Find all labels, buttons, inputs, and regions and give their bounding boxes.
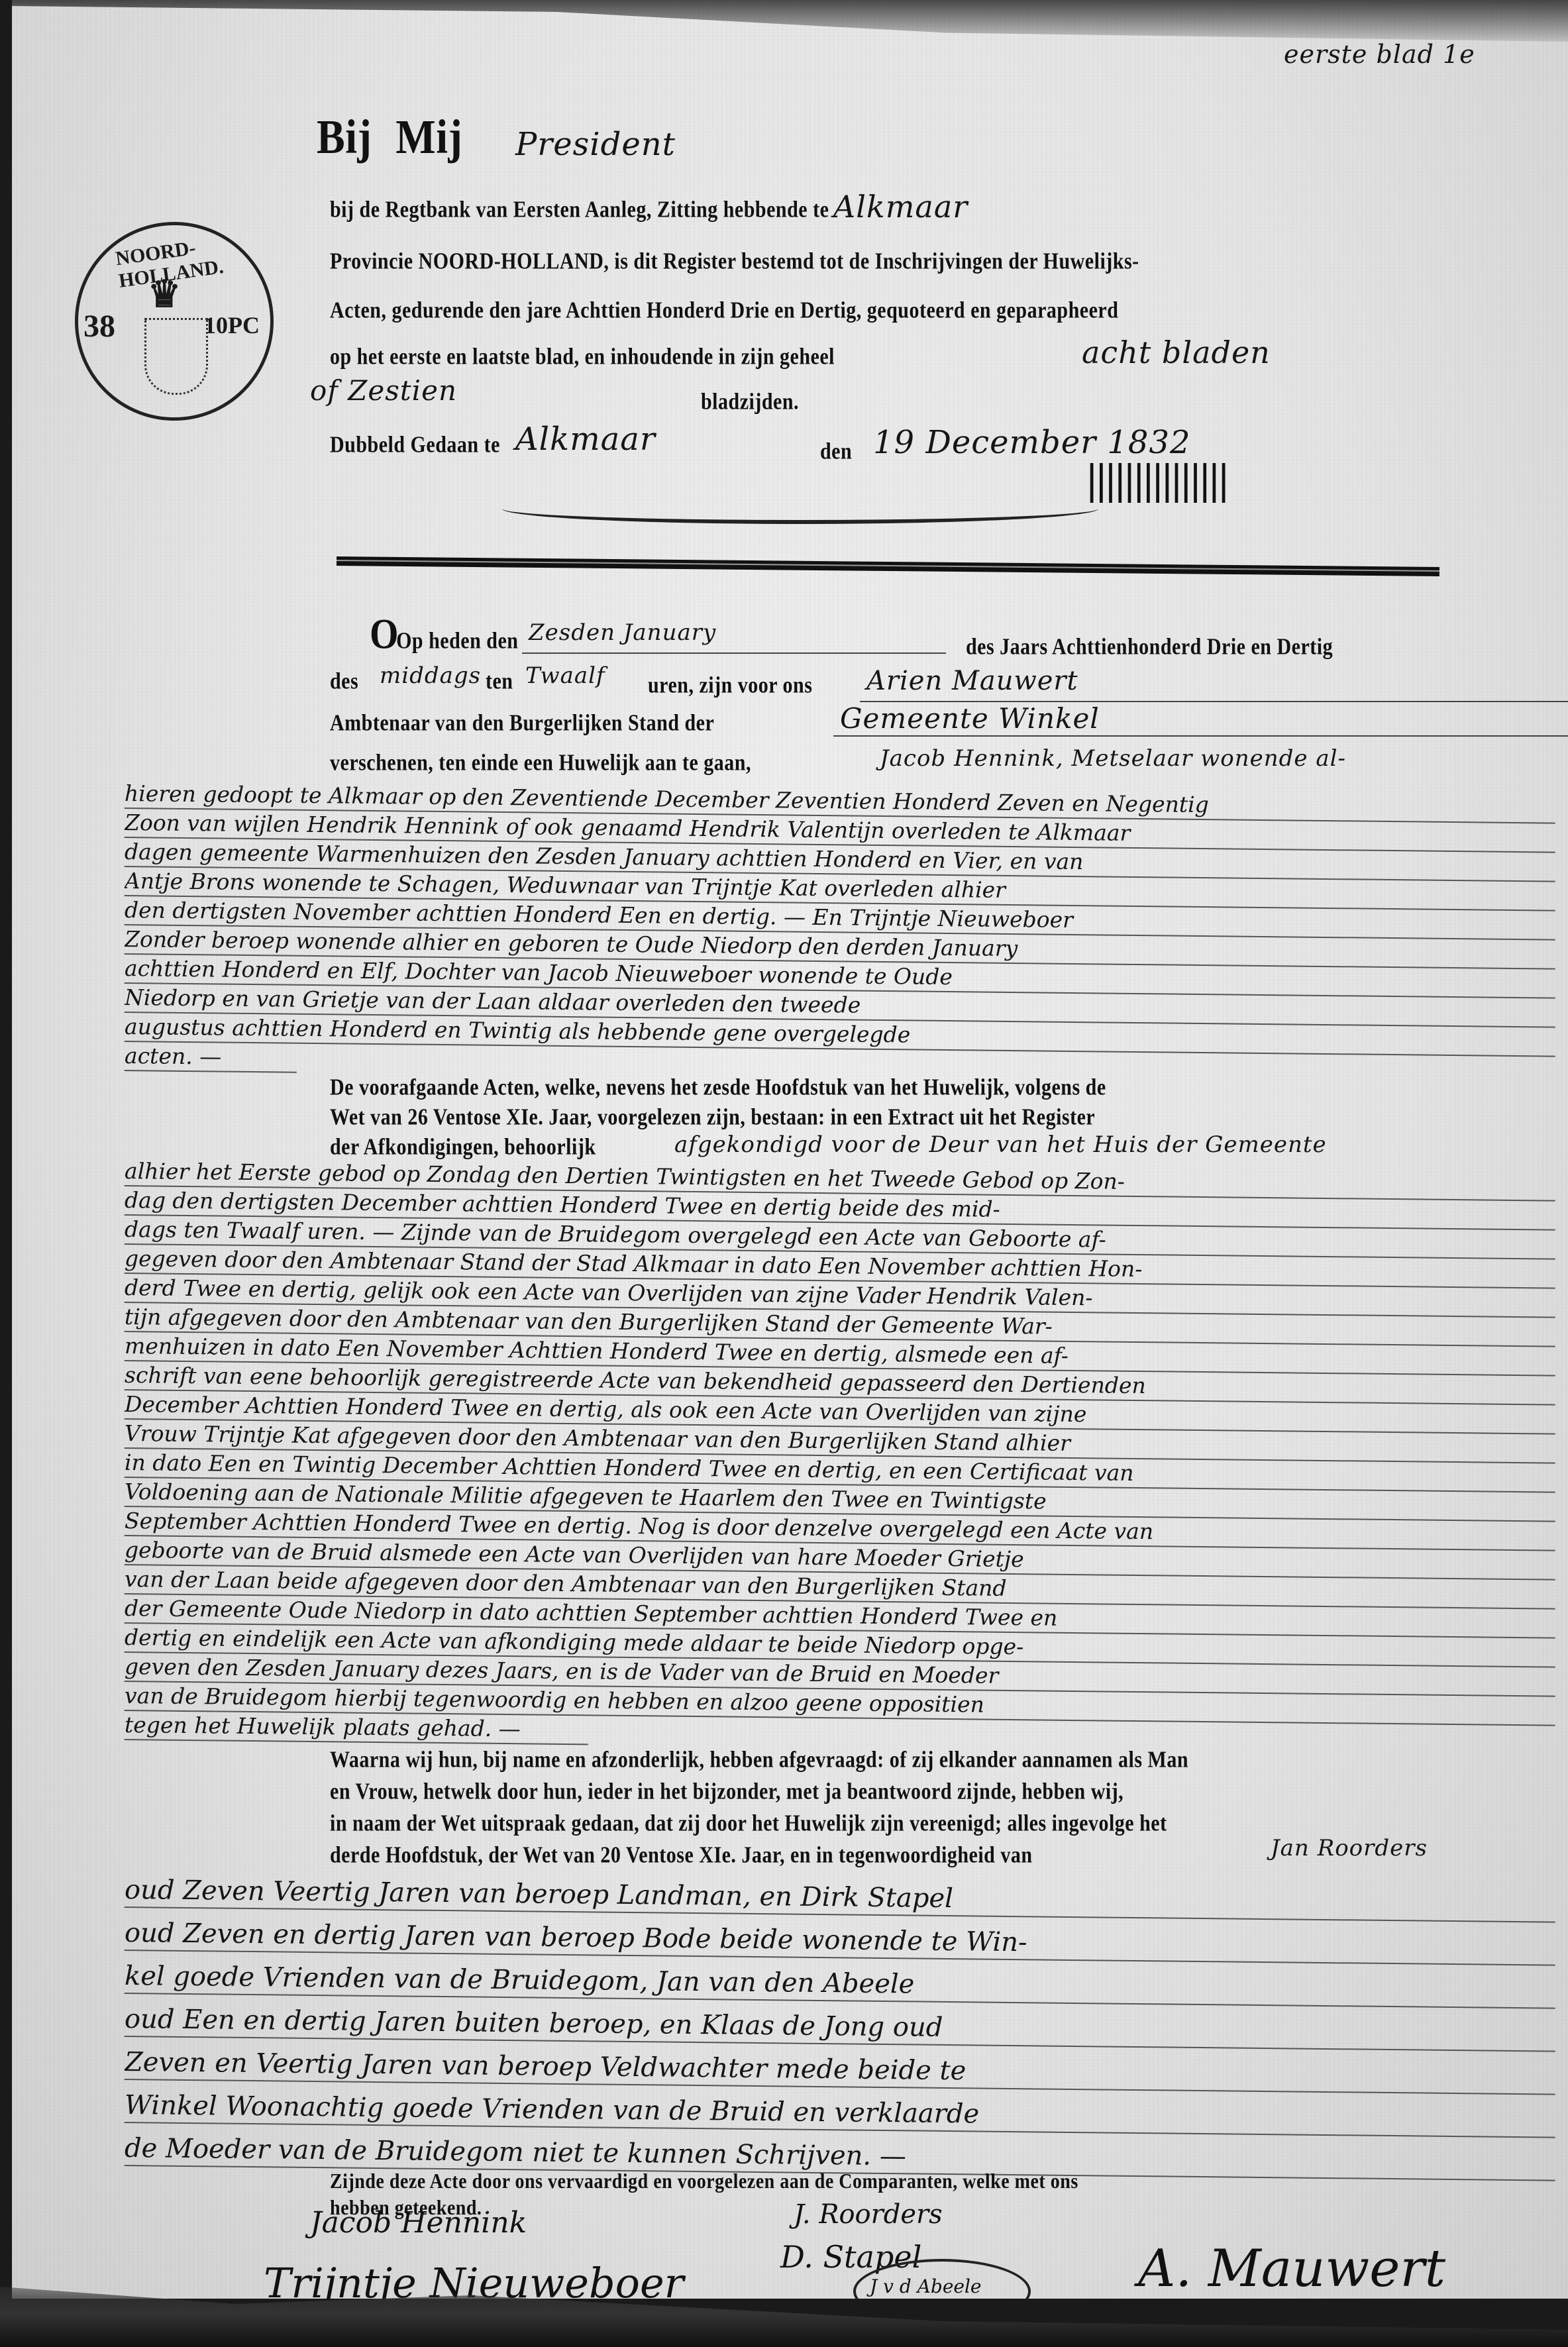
stamp-right-value: 10PC [204, 311, 260, 339]
act-line-2a: des [330, 668, 358, 694]
act-hour: Twaalf [525, 662, 605, 689]
witness-line: kel goede Vrienden van de Bruidegom, Jan… [125, 1961, 1555, 2009]
declaration-line-4: derde Hoofdstuk, der Wet van 20 Ventose … [330, 1842, 1033, 1868]
witness-line: Zeven en Veertig Jaren van beroep Veldwa… [125, 2047, 1555, 2095]
act-line-1a: OOp heden den [370, 613, 518, 656]
header-line-2: Provincie NOORD-HOLLAND, is dit Register… [330, 248, 1139, 274]
fill-line [522, 652, 946, 654]
act-line-2b: ten [486, 668, 513, 694]
stamp-ring-text: NOORD-HOLLAND. [114, 227, 272, 293]
witness-line: Winkel Woonachtig goede Vrienden van de … [125, 2090, 1555, 2138]
noord-holland-tax-stamp: NOORD-HOLLAND. ♛ 38 10PC [75, 222, 274, 421]
witness-line: oud Een en dertig Jaren buiten beroep, e… [125, 2004, 1555, 2052]
declaration-line-1: Waarna wij hun, bij name en afzonderlijk… [330, 1747, 1188, 1773]
declaration-line-3: in naam der Wet uitspraak gedaan, dat zi… [330, 1810, 1167, 1836]
header-done-place: Alkmaar [515, 421, 656, 458]
act-time-of-day: middags [380, 662, 481, 689]
header-line-6b: den [820, 439, 852, 464]
header-done-date: 19 December 1832 [873, 424, 1191, 461]
register-page: eerste blad 1e NOORD-HOLLAND. ♛ 38 10PC … [12, 0, 1568, 2299]
declaration-line-2: en Vrouw, hetwelk door hun, ieder in het… [330, 1779, 1124, 1804]
documents-line: tegen het Huwelijk plaats gehad. — [125, 1712, 588, 1745]
act-line-3: Ambtenaar van den Burgerlijken Stand der [330, 710, 714, 736]
section-divider [337, 556, 1439, 576]
signature-groom: Jacob Hennink [310, 2206, 527, 2240]
parties-line: acten. — [125, 1043, 297, 1073]
declaration-first-witness: Jan Roorders [1271, 1835, 1428, 1861]
act-registrar-name: Arien Mauwert [866, 666, 1078, 696]
signature-registrar: A. Mauwert [1138, 2239, 1445, 2299]
fill-line [833, 735, 1568, 737]
header-page-count-pages: of Zestien [310, 374, 457, 407]
act-line-4: verschenen, ten einde een Huwelijk aan t… [330, 750, 751, 776]
documents-line-1: De voorafgaande Acten, welke, nevens het… [330, 1074, 1106, 1100]
header-line-1: bij de Regtbank van Eersten Aanleg, Zitt… [330, 197, 829, 223]
documents-proclamation: afgekondigd voor de Deur van het Huis de… [674, 1131, 1327, 1158]
act-marriage-date: Zesden January [529, 619, 716, 646]
signature-witness-roorders: J. Roorders [794, 2199, 943, 2230]
witness-line: oud Zeven Veertig Jaren van beroep Landm… [125, 1875, 1555, 1923]
act-groom: Jacob Hennink, Metselaar wonende al- [880, 745, 1346, 772]
stamp-left-value: 38 [83, 308, 115, 344]
documents-line-2: Wet van 26 Ventose XIe. Jaar, voorgeleze… [330, 1104, 1095, 1130]
header-title-hand: President [515, 126, 676, 163]
president-signature-flourish [502, 494, 1098, 524]
crown-icon: ♛ [148, 273, 181, 316]
act-municipality: Gemeente Winkel [840, 702, 1100, 735]
act-line-1b: des Jaars Achttienhonderd Drie en Dertig [966, 634, 1333, 660]
documents-line-3: der Afkondigingen, behoorlijk [330, 1134, 596, 1160]
president-signature: ||||||||||||||| [1085, 457, 1226, 503]
header-bij-mij: Bij Mij [317, 113, 462, 162]
signature-bride: Trijntje Nieuweboer [264, 2259, 684, 2299]
header-page-count: acht bladen [1082, 335, 1271, 370]
closing-line-1: Zijnde deze Acte door ons vervaardigd en… [330, 2170, 1078, 2195]
page-annotation: eerste blad 1e [1284, 40, 1475, 69]
witness-line: oud Zeven en dertig Jaren van beroep Bod… [125, 1918, 1555, 1966]
signature-witness-abeele: J v d Abeele [870, 2275, 981, 2297]
header-court-place: Alkmaar [833, 189, 968, 225]
act-line-2c: uren, zijn voor ons [648, 672, 812, 698]
coat-of-arms-icon [144, 318, 208, 395]
header-line-3: Acten, gedurende den jare Achttien Honde… [330, 297, 1118, 323]
header-line-6a: Dubbeld Gedaan te [330, 432, 500, 458]
header-line-5: bladzijden. [701, 389, 799, 415]
header-line-4: op het eerste en laatste blad, en inhoud… [330, 344, 835, 370]
